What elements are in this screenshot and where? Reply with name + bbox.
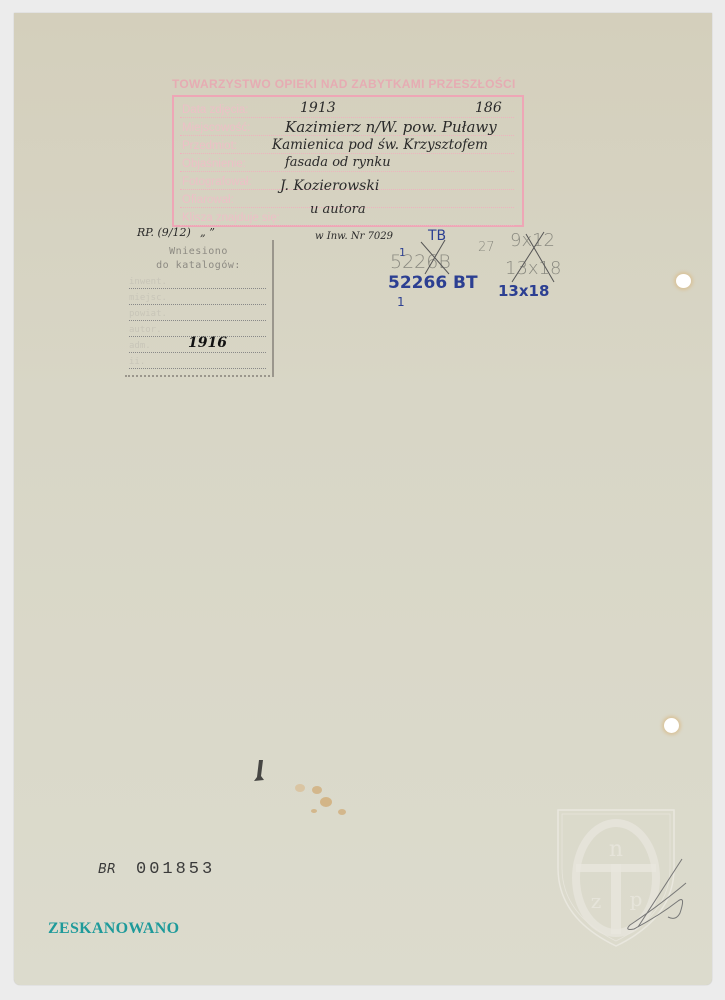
size-cross-out-mark [508,230,558,285]
ditto-marks: „ ” [200,226,215,239]
date-value: 1913 [300,100,336,116]
scanned-label: ZESKANOWANO [48,920,179,938]
field-label: Przedmiot: [182,140,237,152]
photographer-value: J. Kozierowski [280,178,379,194]
punch-hole-top [676,274,691,288]
date-number-value: 186 [475,100,502,116]
br-number: 001853 [136,860,215,879]
field-label: Miejscowość: [182,122,250,134]
br-prefix: BR [98,862,116,877]
blue-number: 52266 BT [388,273,478,293]
field-label: Data zdjęcia: [182,104,248,116]
field-label: Fotografował: [182,176,252,188]
catalogue-stamp-title-1: Wniesiono [125,246,272,257]
red-stamp-header: Towarzystwo Opieki nad Zabytkami Przeszł… [172,77,532,91]
field-label: Objaśnienie: [182,158,246,170]
punch-hole-bottom [664,718,679,733]
catalogue-row: miejsc. [129,290,266,305]
catalogue-row: ii. [129,354,266,369]
stain-marks [292,780,362,820]
cross-out-mark [415,238,455,278]
catalogue-stamp-title-2: do katalogów: [125,260,272,271]
field-label: Klisza znajduje się: [182,212,280,224]
blue-small-mark-2: 1 [397,295,405,309]
size-blue: 13x18 [498,282,549,300]
description-value: fasada od rynku [285,155,391,170]
catalogue-row: powiat. [129,306,266,321]
gray-number-27: 27 [478,240,495,255]
negative-location-value: u autora [310,202,366,217]
place-value: Kazimierz n/W. pow. Puławy [285,118,497,136]
inventory-number: w Inw. Nr 7029 [315,231,393,242]
catalogue-year-signature: 1916 [188,335,227,351]
field-label: Ofiarował: [182,194,234,206]
catalogue-row: inwent. [129,274,266,289]
rp-annotation: RP. (9/12) [137,226,191,239]
catalogue-stamp: Wniesiono do katalogów: inwent. miejsc. … [125,240,274,377]
ink-mark [250,758,270,784]
svg-text:z: z [591,889,602,913]
field-row-date: Data zdjęcia: [180,99,514,118]
subject-value: Kamienica pod św. Krzysztofem [272,137,488,153]
pencil-signature [620,855,690,935]
